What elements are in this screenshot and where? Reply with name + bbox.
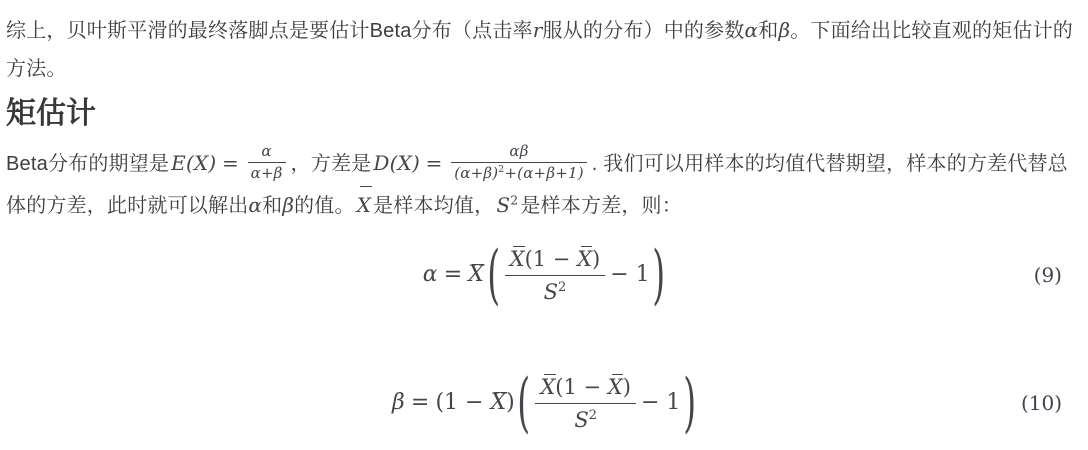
display-fraction: X(1 − X) S2 <box>535 373 636 434</box>
equals-sign: = <box>444 262 462 287</box>
math-var-s: S <box>496 193 510 217</box>
superscript-2: 2 <box>589 408 597 423</box>
fraction-numerator: αβ <box>451 143 587 163</box>
section-title: 矩估计 <box>6 96 1082 132</box>
text-segment: 是样本均值， <box>373 195 494 217</box>
text-segment: Beta分布的期望是 <box>6 153 169 175</box>
fraction-numerator: X(1 − X) <box>505 245 606 275</box>
pre-close: ) <box>506 390 515 415</box>
text-segment: 服从的分布）中的参数 <box>543 20 745 42</box>
math-var-alpha: α <box>423 262 438 287</box>
right-paren: ) <box>683 364 696 442</box>
math-var-xbar: X <box>357 185 371 224</box>
display-fraction: X(1 − X) S2 <box>505 245 606 306</box>
equation-lhs: α=X <box>423 263 484 286</box>
pre-open: (1 − <box>435 390 490 415</box>
left-paren: ( <box>518 364 531 442</box>
equation-number: (10) <box>1021 391 1062 415</box>
right-paren: ) <box>653 236 666 314</box>
math-var-xbar: X <box>510 245 525 272</box>
math-var-s: S <box>544 280 558 304</box>
numerator-middle: (1 − <box>525 247 578 271</box>
numerator-close: ) <box>623 375 631 399</box>
inline-math-expectation: E(X)=αα+β <box>171 153 288 175</box>
text-segment: 和 <box>758 20 778 42</box>
intro-paragraph: 综上，贝叶斯平滑的最终落脚点是要估计Beta分布（点击率r服从的分布）中的参数α… <box>6 11 1082 88</box>
text-segment: 是样本方差，则： <box>520 195 682 217</box>
math-var-xbar: X <box>577 245 592 272</box>
superscript-2: 2 <box>510 192 518 207</box>
inline-fraction-mean: αα+β <box>248 143 286 183</box>
math-func-DX: D(X) <box>373 151 420 175</box>
equation-lhs: β=(1 − X) <box>392 391 515 414</box>
equation-number: (9) <box>1034 263 1062 287</box>
text-segment: ，方差是 <box>291 153 372 175</box>
math-func-EX: E(X) <box>171 151 216 175</box>
moment-paragraph: Beta分布的期望是E(X)=αα+β，方差是D(X)=αβ(α+β)2+(α+… <box>6 144 1082 225</box>
text-segment: 的值。 <box>294 195 355 217</box>
inline-math-variance: D(X)=αβ(α+β)2+(α+β+1) <box>373 153 589 175</box>
inline-fraction-variance: αβ(α+β)2+(α+β+1) <box>451 143 587 183</box>
math-var-xbar: X <box>468 263 484 286</box>
text-segment: 综上，贝叶斯平滑的最终落脚点是要估计Beta分布（点击率 <box>6 20 533 42</box>
text-segment: 和 <box>262 195 282 217</box>
equation-10: β=(1 − X) ( X(1 − X) S2 − 1 ) (10) <box>6 363 1082 443</box>
fraction-denominator: S2 <box>505 275 606 305</box>
equation-9-body: α=X ( X(1 − X) S2 − 1 ) <box>423 235 666 315</box>
denominator-part: (α+β) <box>454 164 498 182</box>
left-paren: ( <box>487 236 500 314</box>
equation-10-body: β=(1 − X) ( X(1 − X) S2 − 1 ) <box>392 363 696 443</box>
denominator-part: +(α+β+1) <box>504 164 583 182</box>
numerator-middle: (1 − <box>555 375 608 399</box>
fraction-denominator: (α+β)2+(α+β+1) <box>451 162 587 183</box>
equals-sign: = <box>411 390 429 415</box>
math-var-xbar: X <box>490 391 506 414</box>
fraction-denominator: S2 <box>535 403 636 433</box>
math-var-beta: β <box>778 18 790 42</box>
superscript-2: 2 <box>558 280 566 295</box>
inline-math-s2: S2 <box>496 195 518 217</box>
inline-math-xbar: X <box>357 195 371 217</box>
article-content: 综上，贝叶斯平滑的最终落脚点是要估计Beta分布（点击率r服从的分布）中的参数α… <box>0 0 1088 450</box>
fraction-denominator: α+β <box>248 162 286 183</box>
minus-one-term: − 1 <box>610 264 649 286</box>
math-var-alpha: α <box>745 18 759 42</box>
fraction-numerator: X(1 − X) <box>535 373 636 403</box>
fraction-numerator: α <box>248 143 286 163</box>
math-var-beta: β <box>392 390 405 415</box>
math-var-alpha: α <box>248 193 262 217</box>
minus-one-term: − 1 <box>641 392 680 414</box>
equals-sign: = <box>222 151 239 175</box>
math-var-xbar: X <box>540 373 555 400</box>
math-var-r: r <box>533 18 543 42</box>
math-var-s: S <box>574 408 588 432</box>
equals-sign: = <box>426 151 443 175</box>
math-var-xbar: X <box>608 373 623 400</box>
math-var-beta: β <box>282 193 294 217</box>
numerator-close: ) <box>592 247 600 271</box>
equation-9: α=X ( X(1 − X) S2 − 1 ) (9) <box>6 235 1082 315</box>
